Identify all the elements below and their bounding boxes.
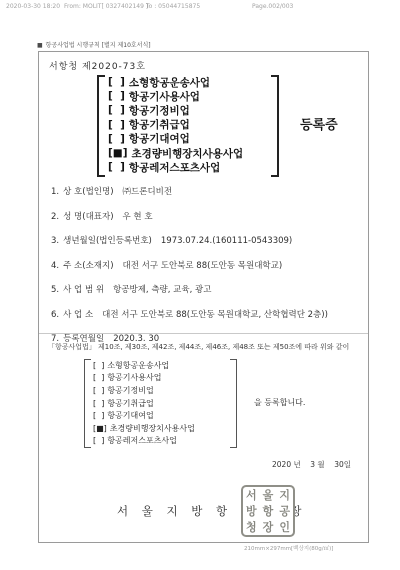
business-type-label: 항공기정비업 <box>107 385 153 396</box>
business-type-label: 항공기취급업 <box>107 398 153 409</box>
field-number: 6. <box>51 310 59 320</box>
checkbox-mark: [ ] <box>93 411 104 420</box>
form-reference-text: 항공사업법 시행규칙 [별지 제10호서식] <box>46 42 151 49</box>
business-type-label: 초경량비행장치사용사업 <box>110 423 195 434</box>
checkbox-mark: [ ] <box>108 76 125 88</box>
fax-from: From: MOLIT[ 0327402149 ] <box>64 3 148 10</box>
business-type-label: 항공기대여업 <box>129 131 190 146</box>
form-reference: ■항공사업법 시행규칙 [별지 제10호서식] <box>37 40 151 49</box>
legal-basis-text: 「항공사업법」 제10조, 제30조, 제42조, 제44조, 제46조, 제4… <box>48 342 349 352</box>
business-type-row: [ ]항공기사용사업 <box>84 372 237 385</box>
registration-fields: 1.상 호(법인명)㈜드론디비전 2.성 명(대표자)우 현 호 3.생년월일(… <box>51 185 328 357</box>
field-label: 사 업 범 위 <box>63 285 104 295</box>
field-row: 1.상 호(법인명)㈜드론디비전 <box>51 185 328 197</box>
fax-to: To : 05044715875 <box>146 3 200 10</box>
checkbox-mark: [ ] <box>93 373 104 382</box>
field-row: 3.생년월일(법인등록번호)1973.07.24.(160111-0543309… <box>51 234 328 246</box>
business-type-row: [ ]항공기대여업 <box>97 132 279 146</box>
business-type-row: [ ]항공기사용사업 <box>97 89 279 103</box>
business-type-label: 항공레저스포츠사업 <box>129 160 220 175</box>
business-type-label: 항공레저스포츠사업 <box>107 435 177 446</box>
field-label: 주 소(소재지) <box>63 261 113 271</box>
business-type-label: 항공기정비업 <box>129 103 190 118</box>
checkbox-mark: [ ] <box>93 399 104 408</box>
field-row: 6.사 업 소대전 서구 도안북로 88(도안동 목원대학교, 산학협력단 2층… <box>51 308 328 320</box>
checkbox-mark: [ ] <box>108 133 125 145</box>
field-value: 우 현 호 <box>123 212 153 222</box>
seal-char: 서 <box>246 489 257 501</box>
right-bracket <box>271 75 279 177</box>
field-value: 1973.07.24.(160111-0543309) <box>161 236 292 246</box>
field-number: 5. <box>51 285 59 295</box>
field-row: 4.주 소(소재지)대전 서구 도안북로 88(도안동 목원대학교) <box>51 259 328 271</box>
checkbox-mark: [ ] <box>93 361 104 370</box>
field-number: 3. <box>51 236 59 246</box>
business-type-row: [ ]항공기정비업 <box>97 103 279 117</box>
section-divider <box>39 333 368 334</box>
business-type-row: [ ]항공기취급업 <box>84 397 237 410</box>
seal-char: 방 <box>246 505 257 517</box>
business-type-row: [ ]소형항공운송사업 <box>84 359 237 372</box>
seal-char: 장 <box>263 521 274 533</box>
field-label: 성 명(대표자) <box>63 212 113 222</box>
business-type-row-checked: [■]초경량비행장치사용사업 <box>84 422 237 435</box>
document-number: 서항청 제2020-73호 <box>49 59 146 72</box>
business-type-checklist-small: [ ]소형항공운송사업 [ ]항공기사용사업 [ ]항공기정비업 [ ]항공기취… <box>84 359 237 448</box>
seal-char: 울 <box>263 489 274 501</box>
fax-timestamp: 2020-03-30 18:20 <box>6 3 60 10</box>
seal-char: 청 <box>246 521 257 533</box>
seal-char: 지 <box>279 489 290 501</box>
checkbox-mark: [ ] <box>108 104 125 116</box>
field-value: ㈜드론디비전 <box>123 187 173 197</box>
business-type-row: [ ]항공레저스포츠사업 <box>97 160 279 174</box>
issue-date: 2020 년 3 월 30일 <box>39 459 351 470</box>
business-type-row: [ ]항공기대여업 <box>84 409 237 422</box>
seal-char: 공 <box>279 505 290 517</box>
field-value: 대전 서구 도안북로 88(도안동 목원대학교, 산학협력단 2층)) <box>102 310 328 320</box>
checkbox-mark: [ ] <box>108 90 125 102</box>
business-type-label: 항공기대여업 <box>107 410 153 421</box>
square-bullet-icon: ■ <box>37 42 43 49</box>
business-type-row-checked: [■]초경량비행장치사용사업 <box>97 146 279 160</box>
checkbox-mark: [ ] <box>93 436 104 445</box>
business-type-row: [ ]항공기취급업 <box>97 118 279 132</box>
business-type-row: [ ]항공레저스포츠사업 <box>84 435 237 448</box>
seal-char: 항 <box>263 505 274 517</box>
field-value: 대전 서구 도안북로 88(도안동 목원대학교) <box>123 261 283 271</box>
right-bracket <box>230 359 237 448</box>
checkbox-mark-checked: [■] <box>93 424 107 433</box>
checkbox-mark-checked: [■] <box>108 147 128 159</box>
paper-size-note: 210mm×297mm[백상지(80g/㎡)] <box>244 544 333 552</box>
checkbox-mark: [ ] <box>108 161 125 173</box>
field-row: 5.사 업 범 위항공방제, 측량, 교육, 광고 <box>51 283 328 295</box>
checkbox-mark: [ ] <box>93 386 104 395</box>
business-type-label: 항공기사용사업 <box>129 89 200 104</box>
business-type-label: 항공기사용사업 <box>107 372 161 383</box>
seal-char: 인 <box>279 521 290 533</box>
certificate-title: 등록증 <box>300 114 338 133</box>
business-type-label: 소형항공운송사업 <box>129 75 210 90</box>
fax-page-number: Page.002/003 <box>252 3 293 10</box>
fax-document-page: 2020-03-30 18:20 From: MOLIT[ 0327402149… <box>0 0 400 570</box>
field-row: 2.성 명(대표자)우 현 호 <box>51 210 328 222</box>
field-value: 항공방제, 측량, 교육, 광고 <box>113 285 211 295</box>
left-bracket <box>84 359 91 448</box>
field-number: 2. <box>51 212 59 222</box>
business-type-checklist: [ ]소형항공운송사업 [ ]항공기사용사업 [ ]항공기정비업 [ ]항공기취… <box>97 75 279 177</box>
left-bracket <box>97 75 105 177</box>
registration-statement: 을 등록합니다. <box>254 397 305 408</box>
certificate-box: 서항청 제2020-73호 [ ]소형항공운송사업 [ ]항공기사용사업 [ ]… <box>38 51 369 543</box>
business-type-row: [ ]항공기정비업 <box>84 384 237 397</box>
field-label: 생년월일(법인등록번호) <box>63 236 152 246</box>
field-label: 상 호(법인명) <box>63 187 113 197</box>
field-label: 사 업 소 <box>63 310 93 320</box>
business-type-label: 초경량비행장치사용사업 <box>132 146 244 161</box>
business-type-label: 소형항공운송사업 <box>107 360 169 371</box>
business-type-row: [ ]소형항공운송사업 <box>97 75 279 89</box>
checkbox-mark: [ ] <box>108 119 125 131</box>
business-type-label: 항공기취급업 <box>129 117 190 132</box>
official-seal-stamp: 서 울 지 방 항 공 청 장 인 <box>241 485 295 537</box>
field-number: 1. <box>51 187 59 197</box>
field-number: 4. <box>51 261 59 271</box>
